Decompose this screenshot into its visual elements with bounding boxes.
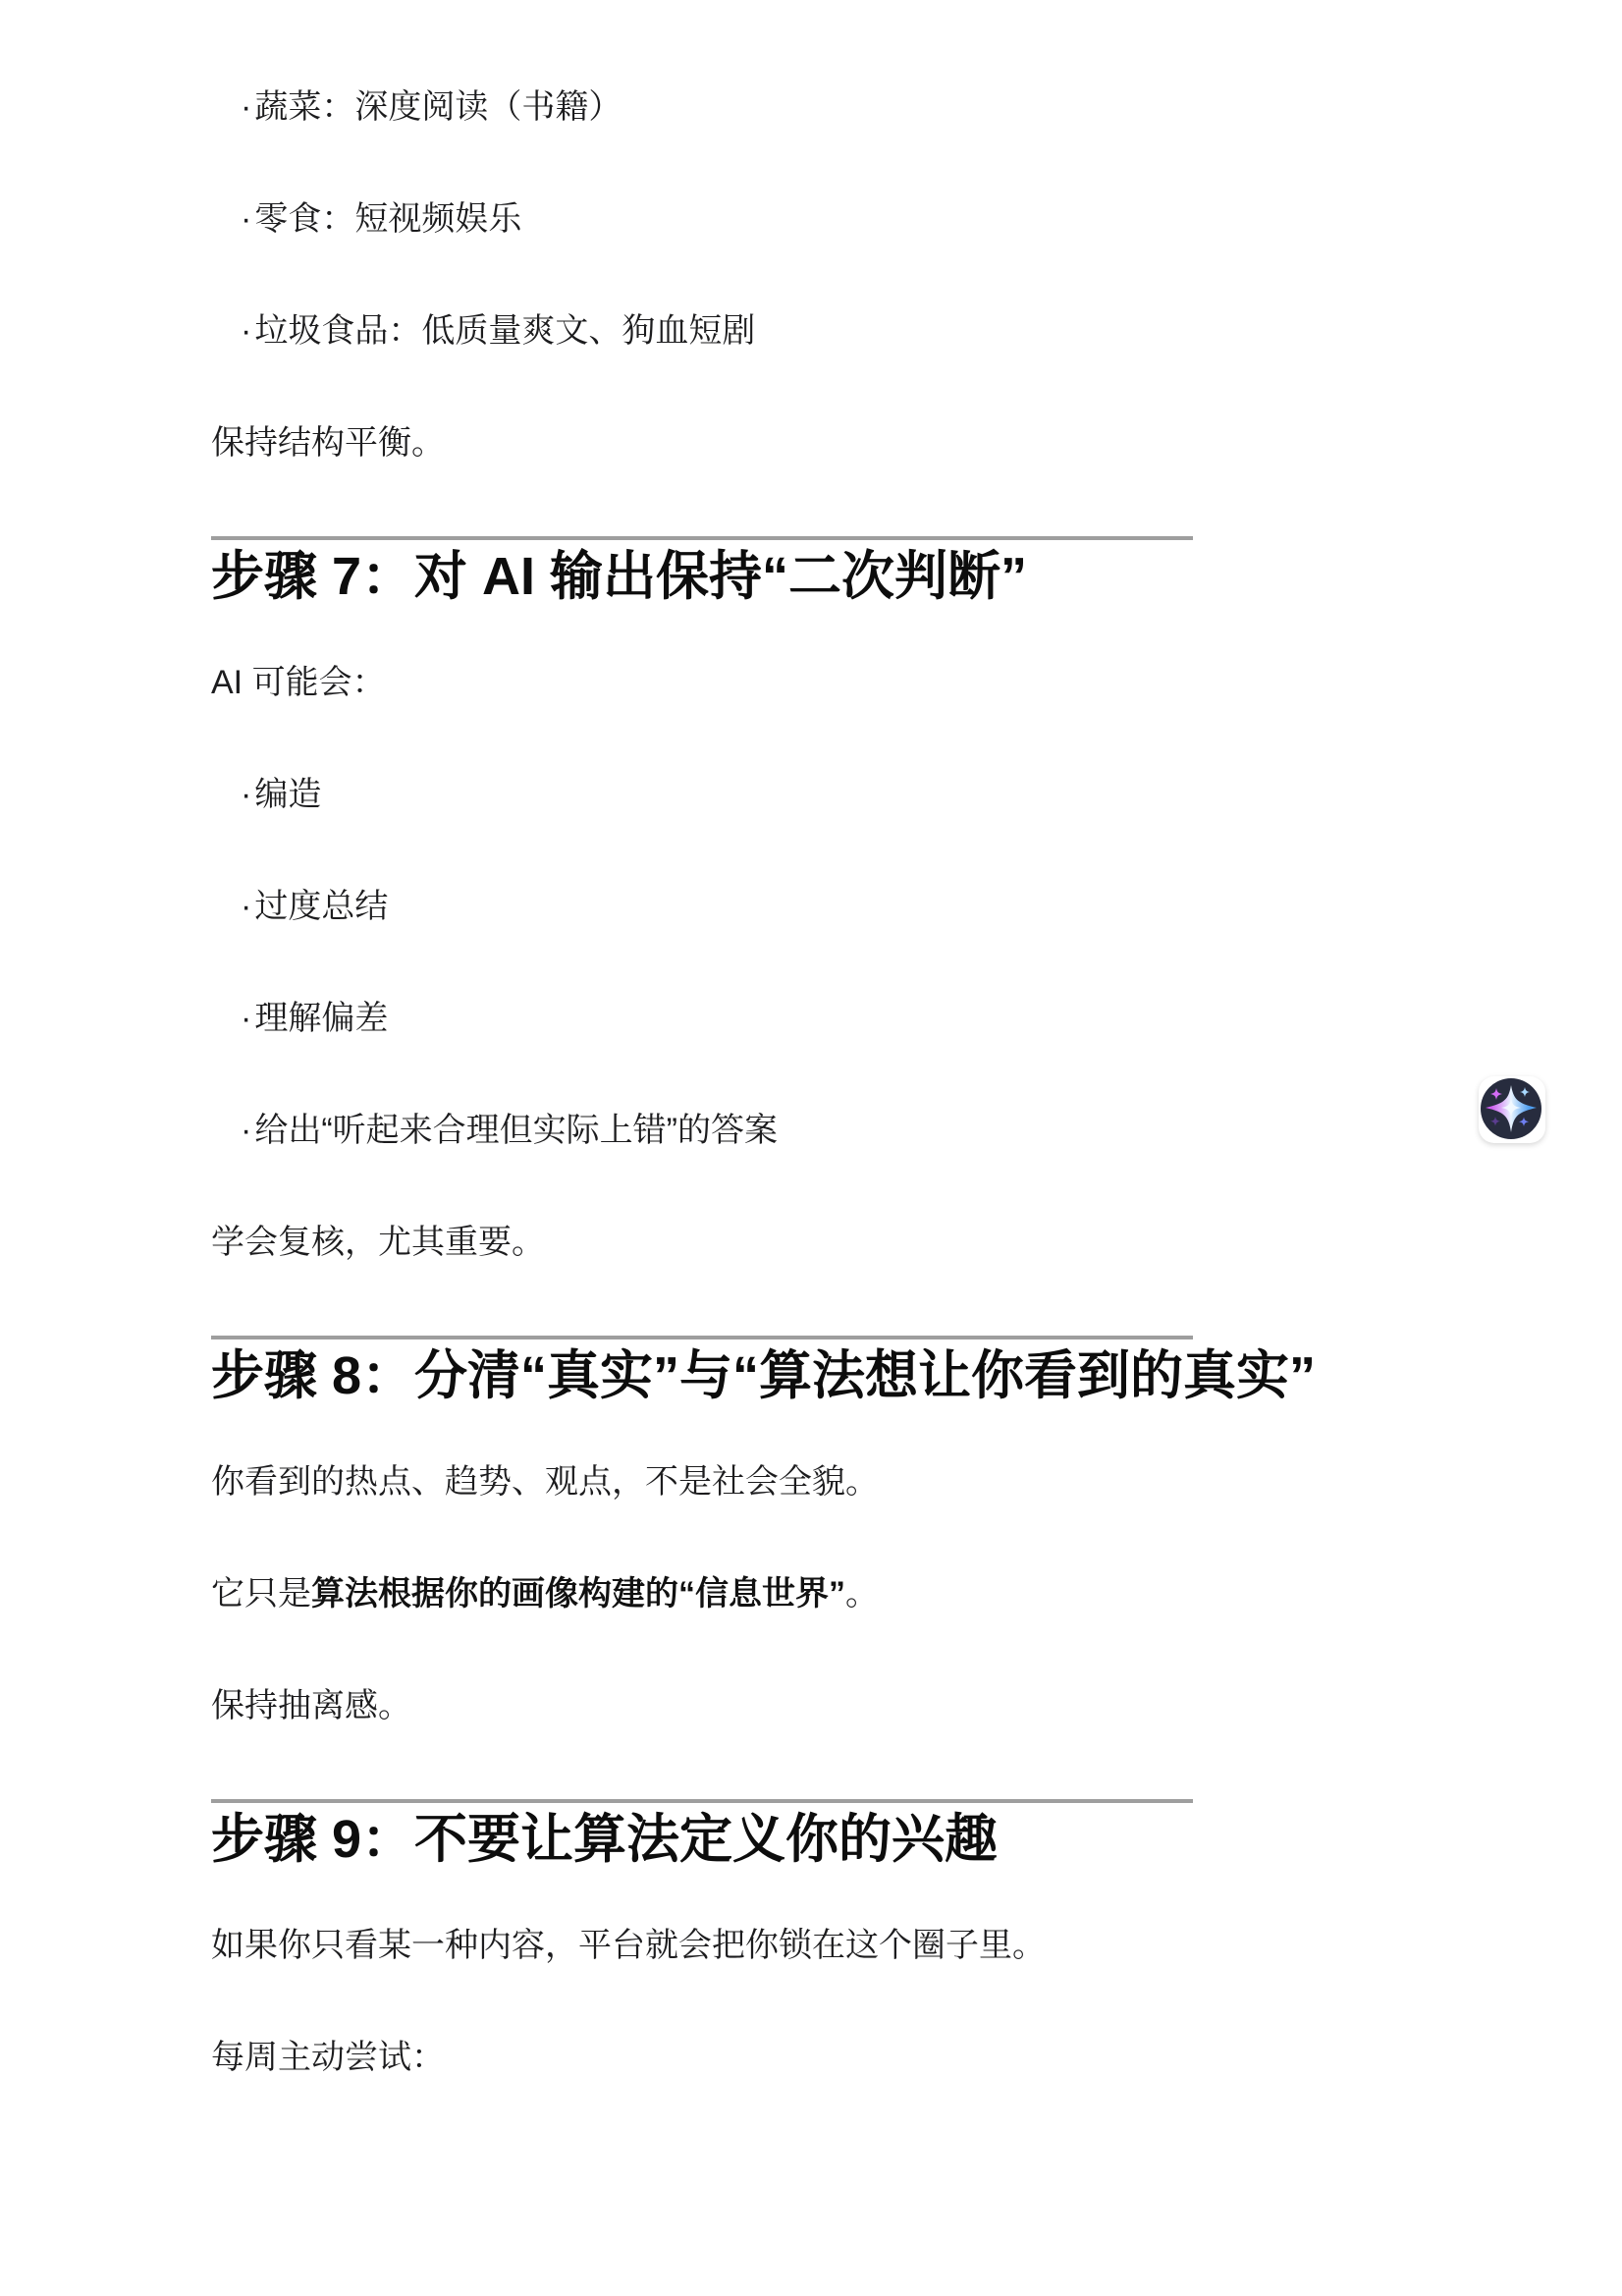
- paragraph-with-bold: 它只是算法根据你的画像构建的“信息世界”。: [211, 1575, 1468, 1613]
- paragraph: 学会复核，尤其重要。: [211, 1224, 1468, 1261]
- list-item-text: 理解偏差: [254, 1000, 388, 1037]
- list-item-text: 蔬菜：深度阅读（书籍）: [254, 88, 622, 126]
- bullet-marker: ·: [241, 200, 251, 238]
- paragraph: AI 可能会：: [211, 664, 1468, 701]
- ai-sparkle-icon: [1480, 1077, 1544, 1142]
- document-content: ·蔬菜：深度阅读（书籍） ·零食：短视频娱乐 ·垃圾食品：低质量爽文、狗血短剧 …: [211, 88, 1468, 2151]
- list-item-text: 垃圾食品：低质量爽文、狗血短剧: [254, 312, 755, 350]
- list-item: ·蔬菜：深度阅读（书籍）: [241, 88, 1468, 126]
- list-item: ·过度总结: [241, 888, 1468, 925]
- paragraph: 保持抽离感。: [211, 1687, 1468, 1724]
- list-item: ·编造: [241, 776, 1468, 813]
- section-9-heading: 步骤 9：不要让算法定义你的兴趣: [211, 1809, 1350, 1870]
- list-item-text: 编造: [254, 776, 321, 813]
- paragraph: 如果你只看某一种内容，平台就会把你锁在这个圈子里。: [211, 1927, 1468, 1964]
- bullet-marker: ·: [241, 776, 251, 813]
- list-item-text: 给出“听起来合理但实际上错”的答案: [254, 1112, 778, 1149]
- list-item: ·垃圾食品：低质量爽文、狗血短剧: [241, 312, 1468, 350]
- section-7-heading: 步骤 7：对 AI 输出保持“二次判断”: [211, 546, 1350, 607]
- list-item-text: 零食：短视频娱乐: [254, 200, 521, 238]
- text-segment: 它只是: [211, 1575, 311, 1613]
- paragraph: 你看到的热点、趋势、观点，不是社会全貌。: [211, 1463, 1468, 1501]
- section-divider: [211, 536, 1193, 540]
- list-item: ·理解偏差: [241, 1000, 1468, 1037]
- paragraph: 每周主动尝试：: [211, 2039, 1468, 2076]
- bullet-marker: ·: [241, 1000, 251, 1037]
- text-segment: 。: [845, 1575, 879, 1613]
- bullet-marker: ·: [241, 312, 251, 350]
- bullet-marker: ·: [241, 888, 251, 925]
- list-item: ·给出“听起来合理但实际上错”的答案: [241, 1112, 1468, 1149]
- document-page: ·蔬菜：深度阅读（书籍） ·零食：短视频娱乐 ·垃圾食品：低质量爽文、狗血短剧 …: [0, 0, 1622, 2296]
- paragraph: 保持结构平衡。: [211, 424, 1468, 462]
- ai-assistant-button[interactable]: [1479, 1076, 1545, 1143]
- bullet-marker: ·: [241, 1112, 251, 1149]
- section-divider: [211, 1336, 1193, 1339]
- bold-text-segment: 算法根据你的画像构建的“信息世界”: [311, 1575, 845, 1613]
- section-divider: [211, 1799, 1193, 1803]
- list-item: ·零食：短视频娱乐: [241, 200, 1468, 238]
- list-item-text: 过度总结: [254, 888, 388, 925]
- section-8-heading: 步骤 8：分清“真实”与“算法想让你看到的真实”: [211, 1345, 1350, 1406]
- bullet-marker: ·: [241, 88, 251, 126]
